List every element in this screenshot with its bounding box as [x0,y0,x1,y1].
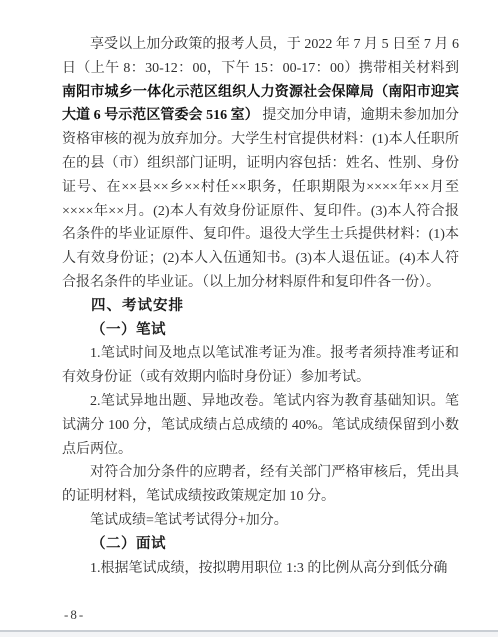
paragraph-interview-1: 1.根据笔试成绩，按拟聘用职位 1:3 的比例从高分到低分确 [62,557,459,581]
scanned-document-page: 享受以上加分政策的报考人员，于 2022 年 7 月 5 日至 7 月 6 日（… [0,0,498,637]
paragraph-bonus-review: 对符合加分条件的应聘者，经有关部门严格审核后，凭出具的证明材料，笔试成绩按政策规… [62,461,459,509]
page-bottom-edge-area [0,632,498,637]
heading-interview: （二）面试 [62,533,459,557]
paragraph-written-test-1: 1.笔试时间及地点以笔试准考证为准。报考者须持准考证和有效身份证（或有效期内临时… [62,342,459,390]
heading-section-4-exam-arrangement: 四、考试安排 [62,295,459,319]
document-body: 享受以上加分政策的报考人员，于 2022 年 7 月 5 日至 7 月 6 日（… [62,33,459,580]
bonus-policy-rest-text: 提交加分申请，逾期未参加加分资格审核的视为放弃加分。大学生村官提供材料：(1)本… [62,108,459,290]
paragraph-bonus-policy: 享受以上加分政策的报考人员，于 2022 年 7 月 5 日至 7 月 6 日（… [62,33,459,295]
page-number: -8- [64,607,85,623]
bonus-policy-lead-text: 享受以上加分政策的报考人员，于 2022 年 7 月 5 日至 7 月 6 日（… [62,37,459,76]
paragraph-written-test-2: 2.笔试异地出题、异地改卷。笔试内容为教育基础知识。笔试满分 100 分，笔试成… [62,390,459,461]
paragraph-score-formula: 笔试成绩=笔试考试得分+加分。 [62,509,459,533]
heading-written-test: （一）笔试 [62,319,459,343]
